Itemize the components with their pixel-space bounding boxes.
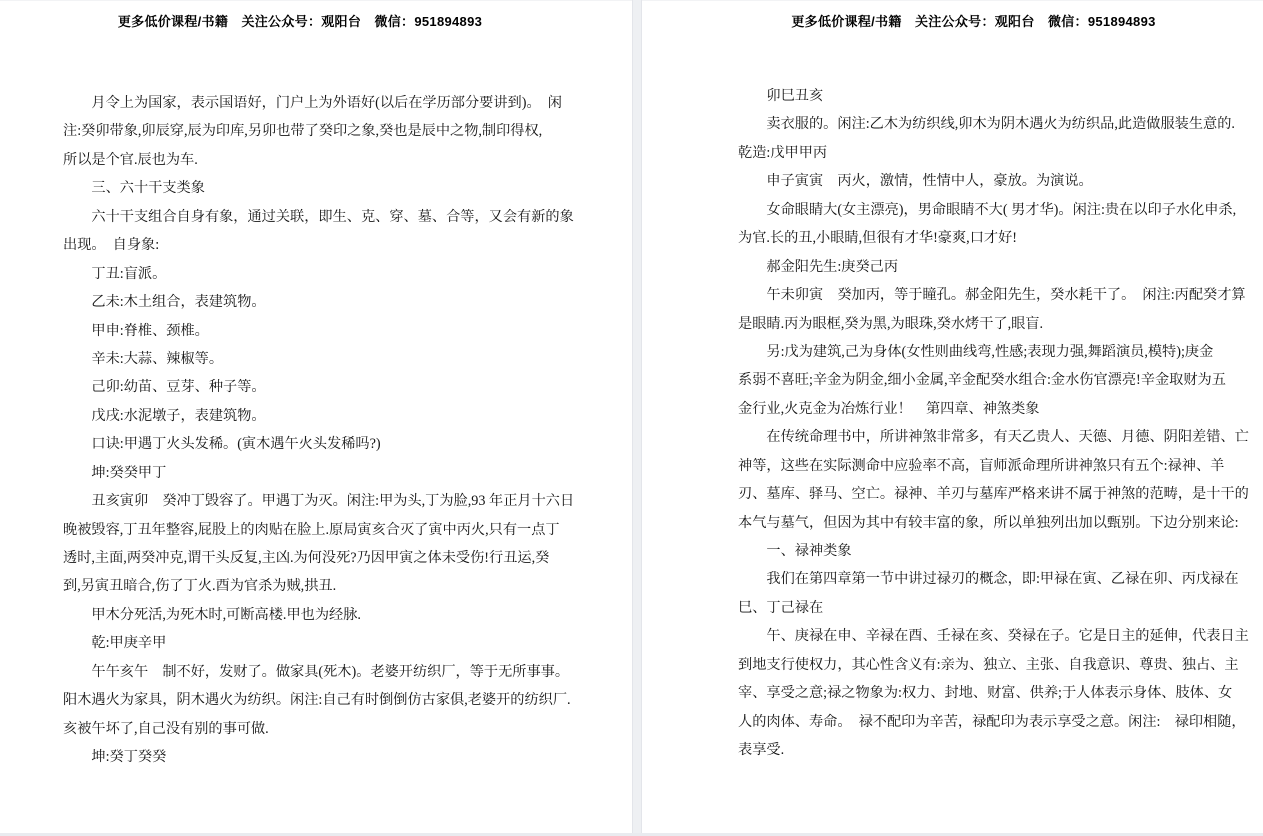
text-line: 到,另寅丑暗合,伤了丁火.酉为官杀为贼,拱丑. bbox=[63, 572, 592, 600]
text-line: 丁丑:盲派。 bbox=[63, 260, 592, 288]
text-line: 午未卯寅 癸加丙，等于瞳孔。郝金阳先生，癸水耗干了。 闲注:丙配癸才算 bbox=[738, 281, 1233, 309]
text-line: 乾造:戊甲甲丙 bbox=[738, 139, 1233, 167]
text-line: 申子寅寅 丙火，激情，性情中人，豪放。为演说。 bbox=[738, 167, 1233, 195]
text-line: 到地支行使权力，其心性含义有:亲为、独立、主张、自我意识、尊贵、独占、主 bbox=[738, 651, 1233, 679]
text-line: 乾:甲庚辛甲 bbox=[63, 629, 592, 657]
text-line: 我们在第四章第一节中讲过禄刃的概念，即:甲禄在寅、乙禄在卯、丙戊禄在 bbox=[738, 565, 1233, 593]
text-line: 午、庚禄在申、辛禄在酉、壬禄在亥、癸禄在子。它是日主的延伸，代表日主 bbox=[738, 622, 1233, 650]
text-line: 己卯:幼苗、豆芽、种子等。 bbox=[63, 373, 592, 401]
text-line: 乙未:木土组合，表建筑物。 bbox=[63, 288, 592, 316]
text-line: 宰、享受之意;禄之物象为:权力、封地、财富、供养;于人体表示身体、肢体、女 bbox=[738, 679, 1233, 707]
text-line: 口诀:甲遇丁火头发稀。(寅木遇午火头发稀吗?) bbox=[63, 430, 592, 458]
text-line: 系弱不喜旺;辛金为阴金,细小金属,辛金配癸水组合:金水伤官漂亮!辛金取财为五 bbox=[738, 366, 1233, 394]
page-gutter bbox=[632, 0, 642, 833]
text-line: 透时,主面,两癸冲克,谓干头反复,主凶.为何没死?乃因甲寅之体未受伤!行丑运,癸 bbox=[63, 544, 592, 572]
text-line: 亥被午坏了,自己没有别的事可做. bbox=[63, 715, 592, 743]
text-line: 郝金阳先生:庚癸己丙 bbox=[738, 253, 1233, 281]
text-line: 一、禄神类象 bbox=[738, 537, 1233, 565]
text-line: 金行业,火克金为冶炼行业！ 第四章、神煞类象 bbox=[738, 395, 1233, 423]
text-line: 本气与墓气，但因为其中有较丰富的象，所以单独列出加以甄别。下边分别来论: bbox=[738, 509, 1233, 537]
text-line: 坤:癸丁癸癸 bbox=[63, 743, 592, 771]
text-line: 人的肉体、寿命。 禄不配印为辛苦，禄配印为表示享受之意。闲注: 禄印相随， bbox=[738, 708, 1233, 736]
text-line: 卯巳丑亥 bbox=[738, 82, 1233, 110]
text-line: 为官.长的丑,小眼睛,但很有才华!豪爽,口才好! bbox=[738, 224, 1233, 252]
text-line: 三、六十干支类象 bbox=[63, 174, 592, 202]
text-line: 晚被毁容,丁丑年整容,屁股上的肉贴在脸上.原局寅亥合灭了寅中丙火,只有一点丁 bbox=[63, 516, 592, 544]
text-line: 甲木分死活,为死木时,可断高楼.甲也为经脉. bbox=[63, 601, 592, 629]
text-line: 注:癸卯带象,卯辰穿,辰为印库,另卯也带了癸印之象,癸也是辰中之物,制印得权, bbox=[63, 117, 592, 145]
text-line: 甲申:脊椎、颈椎。 bbox=[63, 317, 592, 345]
page-left: 更多低价课程/书籍 关注公众号：观阳台 微信：951894893 月令上为国家，… bbox=[0, 0, 632, 833]
text-line: 所以是个官.辰也为车. bbox=[63, 146, 592, 174]
document-viewer: 更多低价课程/书籍 关注公众号：观阳台 微信：951894893 月令上为国家，… bbox=[0, 0, 1263, 833]
page-header-left: 更多低价课程/书籍 关注公众号：观阳台 微信：951894893 bbox=[0, 11, 600, 30]
text-line: 在传统命理书中，所讲神煞非常多，有天乙贵人、天德、月德、阴阳差错、亡 bbox=[738, 423, 1233, 451]
page-right: 更多低价课程/书籍 关注公众号：观阳台 微信：951894893 卯巳丑亥 卖衣… bbox=[642, 0, 1263, 833]
text-line: 丑亥寅卯 癸冲丁毁容了。甲遇丁为灭。闲注:甲为头,丁为脸,93 年正月十六日 bbox=[63, 487, 592, 515]
text-line: 戊戌:水泥墩子，表建筑物。 bbox=[63, 402, 592, 430]
text-line: 是眼睛.丙为眼框,癸为黑,为眼珠,癸水烤干了,眼盲. bbox=[738, 310, 1233, 338]
text-line: 午午亥午 制不好，发财了。做家具(死木)。老婆开纺织厂，等于无所事事。 bbox=[63, 658, 592, 686]
text-line: 卖衣服的。闲注:乙木为纺织线,卯木为阴木遇火为纺织品,此造做服装生意的. bbox=[738, 110, 1233, 138]
text-line: 月令上为国家，表示国语好，门户上为外语好(以后在学历部分要讲到)。 闲 bbox=[63, 89, 592, 117]
page-right-text: 卯巳丑亥 卖衣服的。闲注:乙木为纺织线,卯木为阴木遇火为纺织品,此造做服装生意的… bbox=[738, 82, 1233, 765]
page-left-text: 月令上为国家，表示国语好，门户上为外语好(以后在学历部分要讲到)。 闲注:癸卯带… bbox=[63, 89, 592, 772]
text-line: 阳木遇火为家具，阴木遇火为纺织。闲注:自己有时倒倒仿古家俱,老婆开的纺织厂. bbox=[63, 686, 592, 714]
text-line: 另:戊为建筑,己为身体(女性则曲线弯,性感;表现力强,舞蹈演员,模特);庚金 bbox=[738, 338, 1233, 366]
text-line: 坤:癸癸甲丁 bbox=[63, 459, 592, 487]
text-line: 表享受. bbox=[738, 736, 1233, 764]
text-line: 巳、丁己禄在 bbox=[738, 594, 1233, 622]
text-line: 六十干支组合自身有象，通过关联，即生、克、穿、墓、合等，又会有新的象 bbox=[63, 203, 592, 231]
text-line: 刃、墓库、驿马、空亡。禄神、羊刃与墓库严格来讲不属于神煞的范畴，是十干的 bbox=[738, 480, 1233, 508]
page-header-right: 更多低价课程/书籍 关注公众号：观阳台 微信：951894893 bbox=[684, 11, 1263, 30]
text-line: 神等，这些在实际测命中应验率不高，盲师派命理所讲神煞只有五个:禄神、羊 bbox=[738, 452, 1233, 480]
text-line: 女命眼睛大(女主漂亮)，男命眼睛不大( 男才华)。闲注:贵在以印子水化申杀, bbox=[738, 196, 1233, 224]
text-line: 辛未:大蒜、辣椒等。 bbox=[63, 345, 592, 373]
text-line: 出现。 自身象: bbox=[63, 231, 592, 259]
